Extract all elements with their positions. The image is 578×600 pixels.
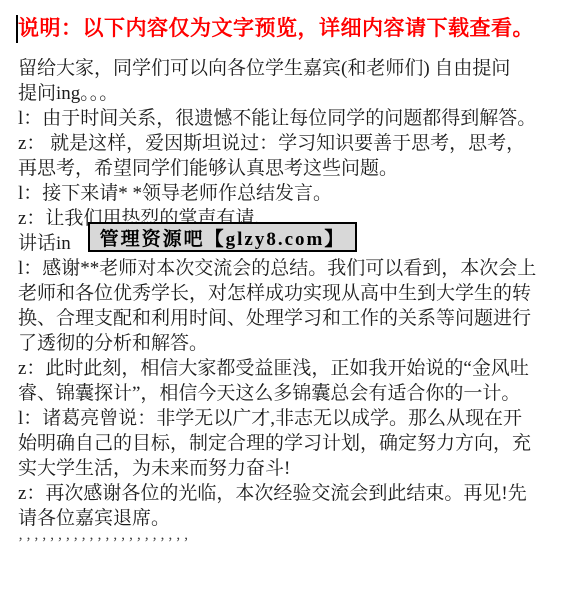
text-line: z： 就是这样，爱因斯坦说过：学习知识要善于思考，思考， bbox=[18, 131, 570, 156]
text-line: 再思考，希望同学们能够认真思考这些问题。 bbox=[18, 156, 570, 181]
ellipsis-line: ’’’’’’’’’’’’’’’’’’’’’’ bbox=[18, 531, 570, 556]
text-line: 换、合理支配和利用时间、处理学习和工作的关系等问题进行 bbox=[18, 306, 570, 331]
text-line: z：再次感谢各位的光临，本次经验交流会到此结束。再见!先 bbox=[18, 481, 570, 506]
text-line: 始明确自己的目标，制定合理的学习计划，确定努力方向，充 bbox=[18, 431, 570, 456]
watermark-badge: 管理资源吧【glzy8.com】 bbox=[88, 222, 357, 252]
text-line: 提问ing。。。 bbox=[18, 81, 570, 106]
text-line: 老师和各位优秀学长，对怎样成功实现从高中生到大学生的转 bbox=[18, 281, 570, 306]
document-body: 留给大家，同学们可以向各位学生嘉宾(和老师们) 自由提问 提问ing。。。 l：… bbox=[18, 56, 570, 556]
text-line: z：此时此刻，相信大家都受益匪浅，正如我开始说的“金风吐 bbox=[18, 356, 570, 381]
text-line: l：诸葛亮曾说：非学无以广才,非志无以成学。那么从现在开 bbox=[18, 406, 570, 431]
text-line: 了透彻的分析和解答。 bbox=[18, 331, 570, 356]
text-line: 留给大家，同学们可以向各位学生嘉宾(和老师们) 自由提问 bbox=[18, 56, 570, 81]
text-line: l：由于时间关系，很遗憾不能让每位同学的问题都得到解答。 bbox=[18, 106, 570, 131]
document-preview-page: 说明：以下内容仅为文字预览，详细内容请下载查看。 留给大家，同学们可以向各位学生… bbox=[0, 0, 578, 600]
preview-notice: 说明：以下内容仅为文字预览，详细内容请下载查看。 bbox=[18, 12, 534, 42]
text-line: l：感谢**老师对本次交流会的总结。我们可以看到，本次会上 bbox=[18, 256, 570, 281]
text-line: 请各位嘉宾退席。 bbox=[18, 506, 570, 531]
text-line: 实大学生活，为未来而努力奋斗! bbox=[18, 456, 570, 481]
text-line: l：接下来请* *领导老师作总结发言。 bbox=[18, 181, 570, 206]
text-line: 睿、锦囊探计”，相信今天这么多锦囊总会有适合你的一计。 bbox=[18, 381, 570, 406]
